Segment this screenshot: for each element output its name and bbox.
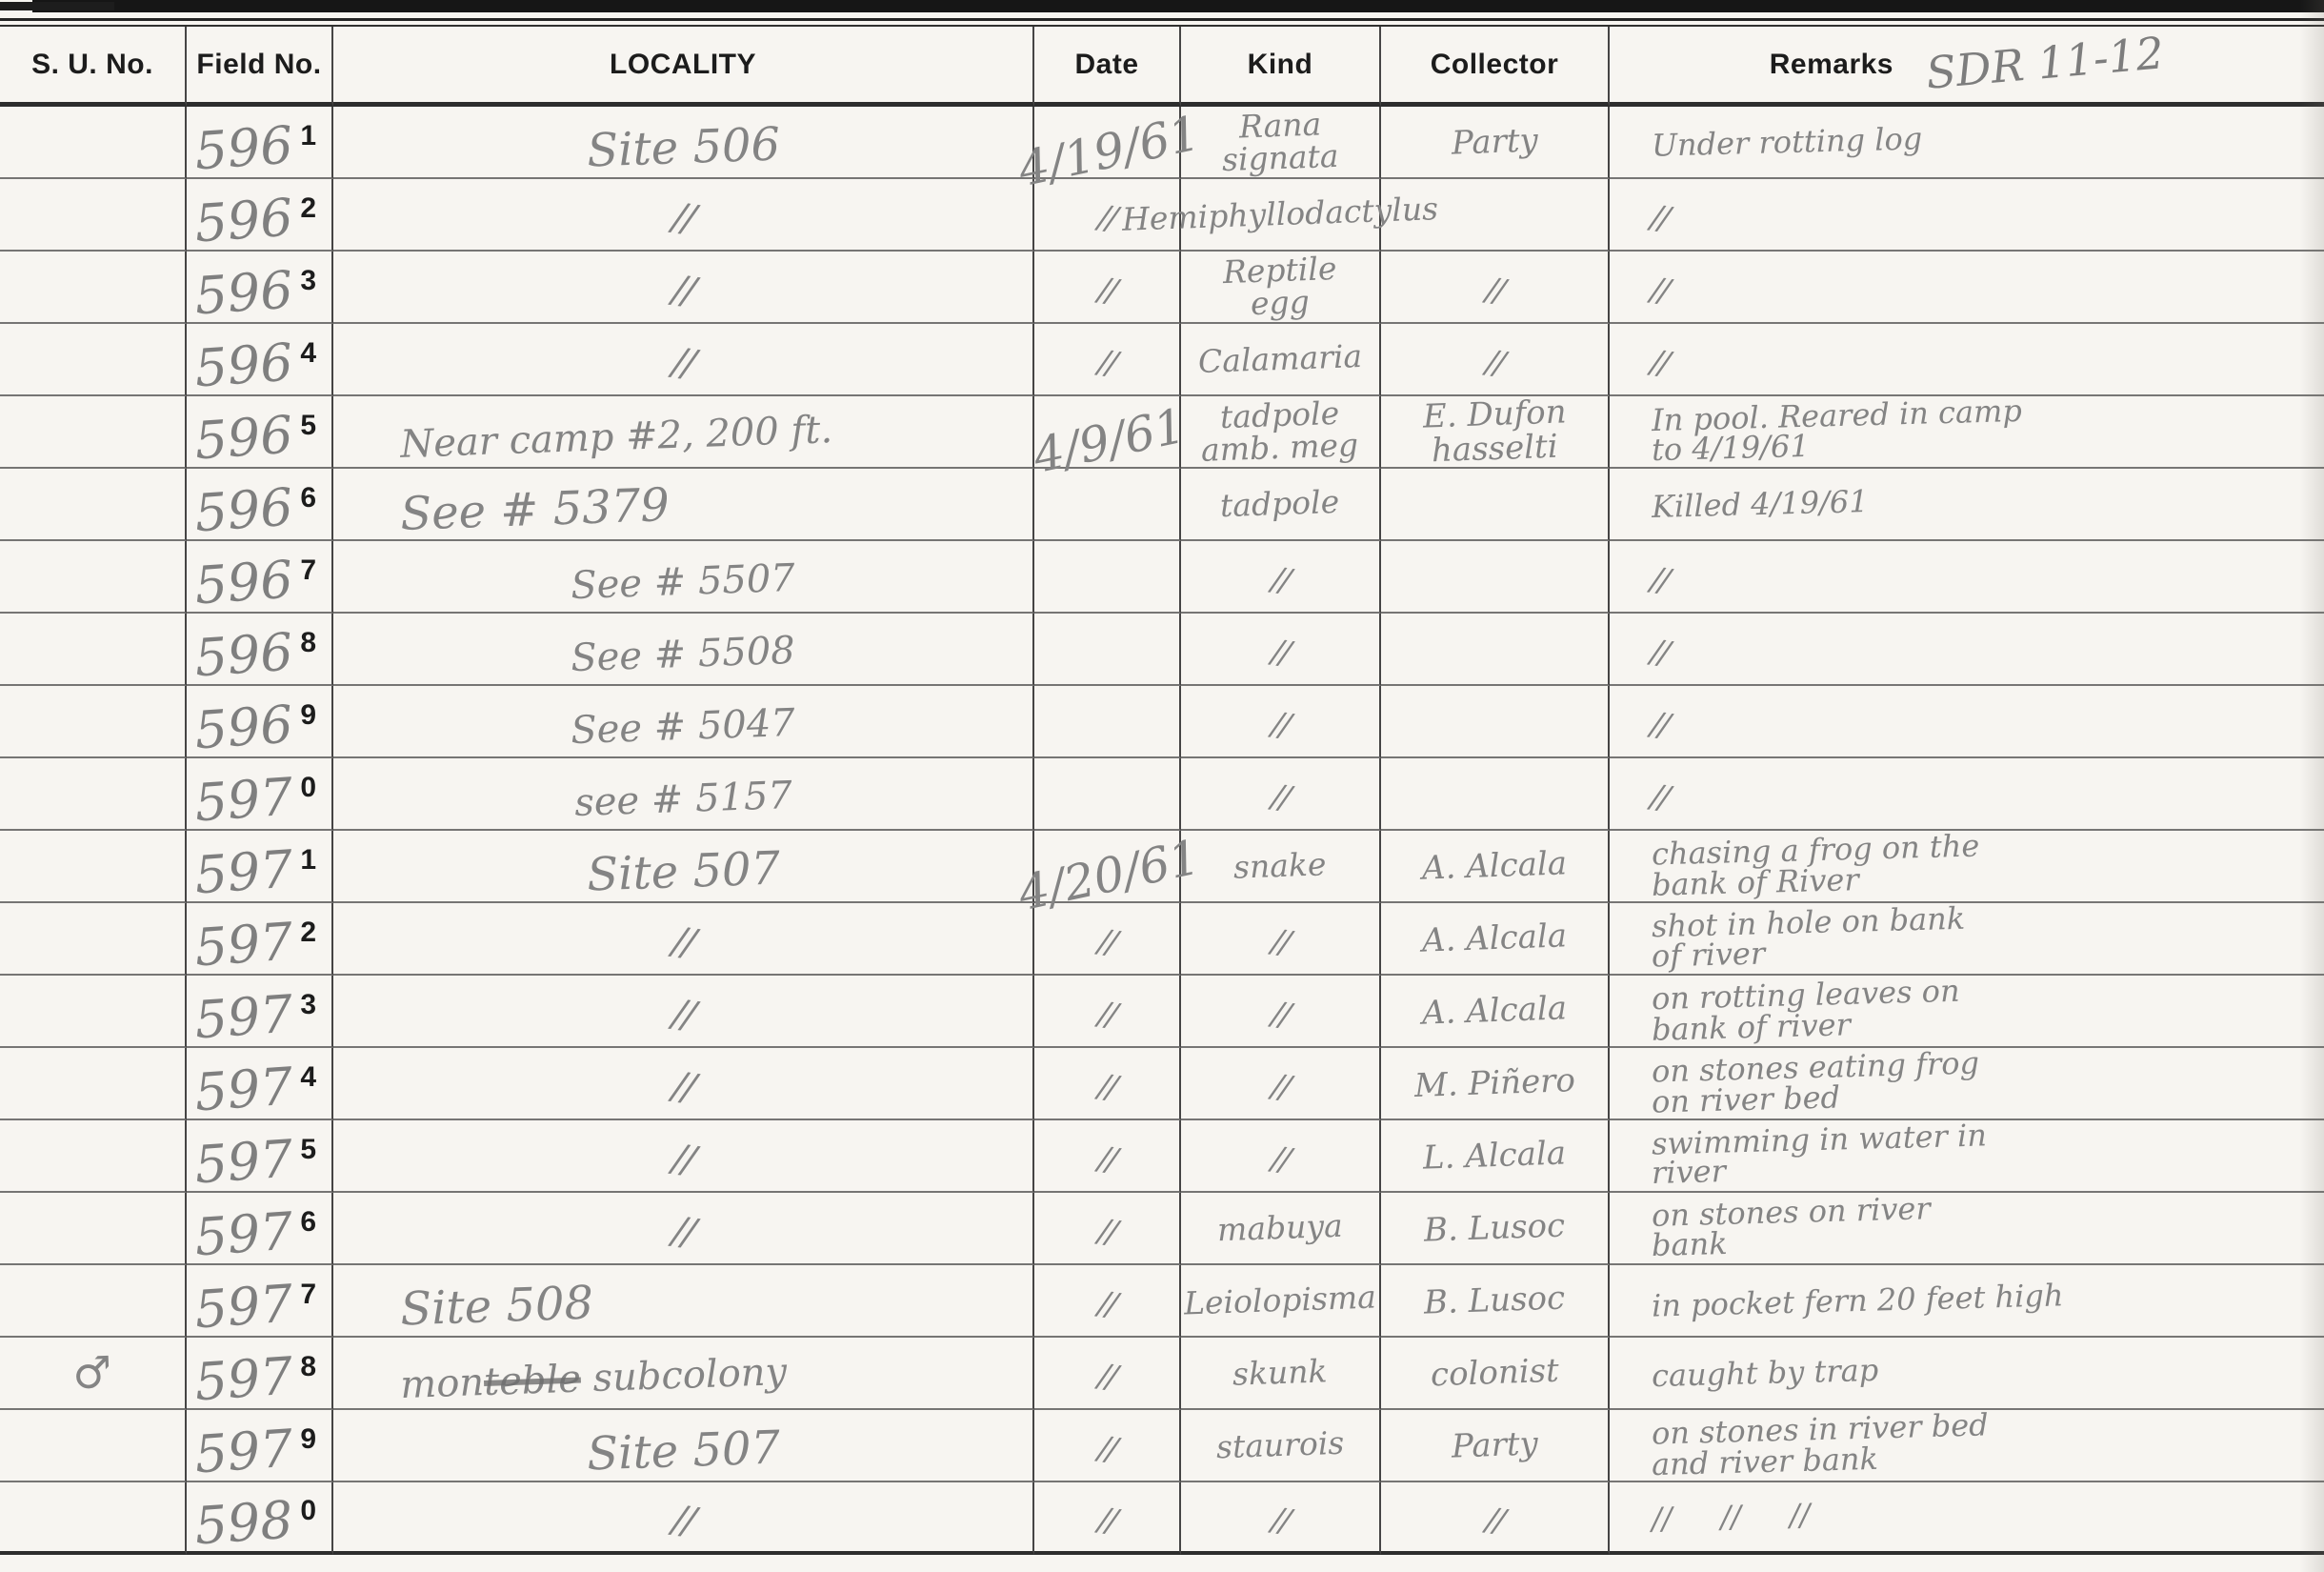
column-header-label: Collector bbox=[1431, 49, 1559, 81]
cell-remarks: // bbox=[1610, 686, 2324, 758]
kind-text: // bbox=[1270, 1142, 1290, 1177]
date-text: // bbox=[1095, 198, 1116, 238]
cell-kind: // bbox=[1181, 686, 1381, 758]
cell-remarks: // bbox=[1610, 541, 2324, 614]
collector-text: // bbox=[1484, 1502, 1505, 1539]
cell-kind: // bbox=[1181, 541, 1381, 614]
date-text: // bbox=[1095, 1284, 1116, 1324]
cell-locality: // bbox=[333, 1193, 1034, 1265]
locality-part: subcolony bbox=[580, 1350, 788, 1401]
column-header-label: Kind bbox=[1248, 49, 1313, 81]
cell-su-no bbox=[0, 614, 187, 686]
field-no-printed-digit: 2 bbox=[300, 192, 316, 225]
cell-date: 4/19/61 bbox=[1034, 107, 1181, 179]
kind-text: snake bbox=[1233, 848, 1328, 883]
collector-text: B. Lusoc bbox=[1423, 1280, 1565, 1320]
field-no-printed-digit: 5 bbox=[300, 1134, 316, 1166]
date-text: // bbox=[1095, 271, 1116, 311]
field-no-printed-digit: 0 bbox=[300, 1495, 316, 1527]
kind-text: // bbox=[1270, 563, 1290, 597]
cell-locality: Site 507 bbox=[333, 831, 1034, 903]
collector-text: hasselti bbox=[1431, 430, 1558, 469]
remarks-text: // bbox=[1649, 708, 1669, 742]
kind-text: Leiolopisma bbox=[1184, 1280, 1377, 1320]
field-no-printed-digit: 3 bbox=[300, 265, 316, 297]
kind-text: skunk bbox=[1232, 1355, 1329, 1390]
field-no-printed-digit: 0 bbox=[300, 772, 316, 804]
remarks-text: // bbox=[1649, 780, 1669, 815]
remarks-text: to 4/19/61 bbox=[1652, 430, 1810, 466]
collector-text: Party bbox=[1451, 123, 1538, 160]
remarks-text: caught by trap bbox=[1652, 1354, 1879, 1392]
cell-su-no bbox=[0, 1410, 187, 1482]
cell-kind: // bbox=[1181, 1048, 1381, 1120]
column-header-field-no: Field No. bbox=[187, 27, 333, 107]
cell-date bbox=[1034, 686, 1181, 758]
cell-remarks: Killed 4/19/61 bbox=[1610, 469, 2324, 541]
cell-kind: mabuya bbox=[1181, 1193, 1381, 1265]
cell-su-no bbox=[0, 686, 187, 758]
date-text: // bbox=[1095, 1212, 1116, 1252]
collector-text: // bbox=[1484, 272, 1505, 309]
locality-text: // bbox=[670, 195, 695, 241]
kind-text: // bbox=[1270, 780, 1290, 815]
remarks-text: // bbox=[1649, 201, 1669, 235]
cell-remarks: // bbox=[1610, 614, 2324, 686]
locality-text: See # 5379 bbox=[399, 478, 670, 541]
locality-text: Site 506 bbox=[586, 117, 781, 177]
cell-date: // bbox=[1034, 1265, 1181, 1338]
cell-field-no: 5975 bbox=[187, 1120, 333, 1193]
remarks-text: Killed 4/19/61 bbox=[1652, 485, 1869, 523]
kind-text: tadpole bbox=[1220, 486, 1340, 522]
cell-field-no: 5976 bbox=[187, 1193, 333, 1265]
cell-locality: See # 5379 bbox=[333, 469, 1034, 541]
locality-text: see # 5157 bbox=[573, 774, 792, 825]
cell-kind: // bbox=[1181, 1482, 1381, 1555]
column-header-label: S. U. No. bbox=[31, 49, 153, 81]
field-no-printed-digit: 4 bbox=[300, 337, 316, 370]
cell-field-no: 5969 bbox=[187, 686, 333, 758]
cell-field-no: 5964 bbox=[187, 324, 333, 396]
cell-su-no bbox=[0, 1048, 187, 1120]
cell-remarks: in pocket fern 20 feet high bbox=[1610, 1265, 2324, 1338]
cell-remarks: chasing a frog on thebank of River bbox=[1610, 831, 2324, 903]
cell-field-no: 5968 bbox=[187, 614, 333, 686]
cell-locality: // bbox=[333, 903, 1034, 976]
collector-text: // bbox=[1484, 345, 1505, 381]
field-no-handwritten: 597 bbox=[193, 1345, 295, 1412]
cell-field-no: 5966 bbox=[187, 469, 333, 541]
cell-remarks: // bbox=[1610, 324, 2324, 396]
kind-text: egg bbox=[1251, 286, 1311, 320]
date-text: // bbox=[1095, 1067, 1116, 1107]
field-no-handwritten: 596 bbox=[193, 259, 295, 326]
locality-text: Site 508 bbox=[399, 1276, 594, 1336]
locality-text: Site 507 bbox=[586, 841, 781, 901]
cell-su-no bbox=[0, 1193, 187, 1265]
cell-field-no: 5978 bbox=[187, 1338, 333, 1410]
field-no-printed-digit: 3 bbox=[300, 989, 316, 1021]
column-header-collector: Collector bbox=[1381, 27, 1610, 107]
cell-su-no: ♂ bbox=[0, 1338, 187, 1410]
cell-date: 4/9/61 bbox=[1034, 396, 1181, 469]
collector-text: colonist bbox=[1430, 1354, 1559, 1393]
locality-text: monteble subcolony bbox=[400, 1350, 788, 1407]
column-header-label: LOCALITY bbox=[610, 49, 756, 81]
field-no-handwritten: 597 bbox=[193, 1418, 295, 1484]
kind-text: mabuya bbox=[1217, 1210, 1344, 1247]
field-no-handwritten: 597 bbox=[193, 1128, 295, 1195]
locality-text: // bbox=[670, 1209, 695, 1255]
cell-collector: M. Piñero bbox=[1381, 1048, 1610, 1120]
cell-kind: Reptileegg bbox=[1181, 252, 1381, 324]
cell-collector: B. Lusoc bbox=[1381, 1193, 1610, 1265]
field-no-handwritten: 596 bbox=[193, 549, 295, 615]
locality-text: Site 507 bbox=[586, 1421, 781, 1481]
cell-field-no: 5971 bbox=[187, 831, 333, 903]
remarks-text: // // // bbox=[1652, 1499, 1811, 1535]
cell-locality: see # 5157 bbox=[333, 758, 1034, 831]
cell-kind: // bbox=[1181, 903, 1381, 976]
cell-kind: tadpole bbox=[1181, 469, 1381, 541]
locality-text: // bbox=[670, 919, 695, 965]
cell-locality: // bbox=[333, 179, 1034, 252]
cell-field-no: 5970 bbox=[187, 758, 333, 831]
collector-text: A. Alcala bbox=[1421, 991, 1567, 1030]
field-no-handwritten: 597 bbox=[193, 1200, 295, 1267]
cell-collector bbox=[1381, 469, 1610, 541]
field-no-printed-digit: 9 bbox=[300, 1423, 316, 1456]
field-no-printed-digit: 7 bbox=[300, 554, 316, 587]
locality-text: See # 5047 bbox=[571, 701, 796, 753]
kind-text: staurois bbox=[1215, 1427, 1344, 1464]
column-header-date: Date bbox=[1034, 27, 1181, 107]
collector-text: B. Lusoc bbox=[1423, 1208, 1565, 1247]
kind-text: signata bbox=[1221, 140, 1339, 176]
cell-date: // bbox=[1034, 1410, 1181, 1482]
cell-collector bbox=[1381, 686, 1610, 758]
remarks-text: bank of River bbox=[1652, 863, 1859, 901]
locality-text: // bbox=[670, 268, 695, 313]
cell-kind: // bbox=[1181, 976, 1381, 1048]
cell-field-no: 5962 bbox=[187, 179, 333, 252]
cell-remarks: on rotting leaves onbank of river bbox=[1610, 976, 2324, 1048]
date-text: // bbox=[1095, 995, 1116, 1035]
cell-su-no bbox=[0, 179, 187, 252]
locality-text: // bbox=[670, 1064, 695, 1110]
cell-locality: Site 506 bbox=[333, 107, 1034, 179]
cell-locality: Near camp #2, 200 ft. bbox=[333, 396, 1034, 469]
cell-locality: // bbox=[333, 1048, 1034, 1120]
column-header-label: Date bbox=[1074, 49, 1138, 81]
cell-collector: B. Lusoc bbox=[1381, 1265, 1610, 1338]
cell-date: 4/20/61 bbox=[1034, 831, 1181, 903]
cell-field-no: 5961 bbox=[187, 107, 333, 179]
cell-date bbox=[1034, 614, 1181, 686]
cell-collector: Party bbox=[1381, 107, 1610, 179]
cell-field-no: 5973 bbox=[187, 976, 333, 1048]
collector-text: L. Alcala bbox=[1422, 1136, 1566, 1175]
cell-remarks: caught by trap bbox=[1610, 1338, 2324, 1410]
scan-top-edge bbox=[32, 0, 2324, 12]
field-no-handwritten: 597 bbox=[193, 1056, 295, 1122]
remarks-text: in pocket fern 20 feet high bbox=[1652, 1279, 2064, 1321]
remarks-text: bank of river bbox=[1652, 1008, 1852, 1045]
field-no-printed-digit: 7 bbox=[300, 1279, 316, 1311]
cell-collector: // bbox=[1381, 252, 1610, 324]
cell-field-no: 5977 bbox=[187, 1265, 333, 1338]
remarks-text: // bbox=[1649, 346, 1669, 380]
cell-remarks: Under rotting log bbox=[1610, 107, 2324, 179]
collector-text: Party bbox=[1451, 1426, 1538, 1463]
locality-text: // bbox=[670, 340, 695, 386]
field-no-handwritten: 596 bbox=[193, 187, 295, 253]
cell-kind: Ranasignata bbox=[1181, 107, 1381, 179]
cell-remarks: on stones eating frogon river bed bbox=[1610, 1048, 2324, 1120]
cell-locality: Site 507 bbox=[333, 1410, 1034, 1482]
kind-text: amb. meg bbox=[1201, 429, 1359, 467]
cell-locality: See # 5507 bbox=[333, 541, 1034, 614]
field-no-handwritten: 596 bbox=[193, 694, 295, 760]
cell-locality: // bbox=[333, 324, 1034, 396]
cell-su-no bbox=[0, 758, 187, 831]
field-no-handwritten: 596 bbox=[193, 114, 295, 181]
cell-su-no bbox=[0, 324, 187, 396]
specimen-table: S. U. No. Field No. LOCALITY Date Kind C… bbox=[0, 27, 2324, 1555]
cell-kind: Calamaria bbox=[1181, 324, 1381, 396]
cell-field-no: 5972 bbox=[187, 903, 333, 976]
locality-text: Near camp #2, 200 ft. bbox=[400, 408, 833, 467]
cell-su-no bbox=[0, 1120, 187, 1193]
cell-date: // bbox=[1034, 976, 1181, 1048]
cell-locality: See # 5047 bbox=[333, 686, 1034, 758]
cell-field-no: 5965 bbox=[187, 396, 333, 469]
kind-text: // bbox=[1270, 1503, 1290, 1538]
date-text: // bbox=[1095, 922, 1116, 962]
remarks-text: // bbox=[1649, 635, 1669, 670]
remarks-text: // bbox=[1649, 563, 1669, 597]
cell-date bbox=[1034, 758, 1181, 831]
column-header-locality: LOCALITY bbox=[333, 27, 1034, 107]
cell-collector: L. Alcala bbox=[1381, 1120, 1610, 1193]
cell-field-no: 5980 bbox=[187, 1482, 333, 1555]
cell-collector bbox=[1381, 614, 1610, 686]
cell-collector: A. Alcala bbox=[1381, 903, 1610, 976]
cell-remarks: // bbox=[1610, 252, 2324, 324]
cell-locality: // bbox=[333, 976, 1034, 1048]
cell-collector: A. Alcala bbox=[1381, 976, 1610, 1048]
cell-su-no bbox=[0, 1265, 187, 1338]
kind-text: // bbox=[1270, 998, 1290, 1032]
cell-collector: // bbox=[1381, 324, 1610, 396]
cell-collector: // bbox=[1381, 1482, 1610, 1555]
cell-kind: skunk bbox=[1181, 1338, 1381, 1410]
locality-text: // bbox=[670, 1498, 695, 1543]
cell-field-no: 5974 bbox=[187, 1048, 333, 1120]
cell-date: // bbox=[1034, 324, 1181, 396]
cell-date: // bbox=[1034, 1482, 1181, 1555]
cell-su-no bbox=[0, 541, 187, 614]
field-no-printed-digit: 1 bbox=[300, 120, 316, 152]
ledger-page: S. U. No. Field No. LOCALITY Date Kind C… bbox=[0, 0, 2324, 1572]
remarks-text: river bbox=[1652, 1155, 1727, 1189]
cell-remarks: // // // bbox=[1610, 1482, 2324, 1555]
cell-kind: // bbox=[1181, 758, 1381, 831]
field-no-handwritten: 597 bbox=[193, 983, 295, 1050]
locality-part: mon bbox=[400, 1360, 485, 1407]
date-text: // bbox=[1095, 1429, 1116, 1469]
locality-text: See # 5508 bbox=[571, 629, 796, 680]
cell-su-no bbox=[0, 976, 187, 1048]
remarks-text: // bbox=[1649, 273, 1669, 308]
cell-remarks: on stones on riverbank bbox=[1610, 1193, 2324, 1265]
field-no-handwritten: 597 bbox=[193, 838, 295, 905]
cell-su-no bbox=[0, 107, 187, 179]
date-text: // bbox=[1095, 1357, 1116, 1397]
cell-su-no bbox=[0, 396, 187, 469]
cell-kind: Hemiphyllodactylus bbox=[1181, 179, 1381, 252]
field-no-handwritten: 596 bbox=[193, 621, 295, 688]
collector-text: M. Piñero bbox=[1413, 1063, 1575, 1103]
date-text: // bbox=[1095, 1501, 1116, 1541]
cell-date: // bbox=[1034, 1338, 1181, 1410]
cell-date: // bbox=[1034, 252, 1181, 324]
column-header-remarks: Remarks SDR 11-12 bbox=[1610, 27, 2324, 107]
top-double-rule bbox=[0, 18, 2324, 27]
field-no-handwritten: 597 bbox=[193, 766, 295, 833]
cell-field-no: 5979 bbox=[187, 1410, 333, 1482]
kind-text: // bbox=[1270, 925, 1290, 959]
field-no-handwritten: 598 bbox=[193, 1489, 295, 1556]
cell-locality: // bbox=[333, 1120, 1034, 1193]
cell-collector: Party bbox=[1381, 1410, 1610, 1482]
cell-su-no bbox=[0, 252, 187, 324]
su-no-mark: ♂ bbox=[71, 1346, 112, 1399]
cell-su-no bbox=[0, 1482, 187, 1555]
cell-locality: // bbox=[333, 252, 1034, 324]
collector-text: A. Alcala bbox=[1421, 846, 1567, 885]
cell-kind: tadpoleamb. meg bbox=[1181, 396, 1381, 469]
column-header-su-no: S. U. No. bbox=[0, 27, 187, 107]
collector-text: A. Alcala bbox=[1421, 918, 1567, 957]
remarks-text: on river bed bbox=[1652, 1080, 1841, 1118]
locality-text: // bbox=[670, 992, 695, 1038]
field-no-handwritten: 597 bbox=[193, 911, 295, 977]
cell-remarks: // bbox=[1610, 758, 2324, 831]
column-header-label: Remarks bbox=[1770, 49, 1893, 81]
cell-collector bbox=[1381, 758, 1610, 831]
locality-text: // bbox=[670, 1137, 695, 1182]
cell-remarks: In pool. Reared in campto 4/19/61 bbox=[1610, 396, 2324, 469]
remarks-annotation: SDR 11-12 bbox=[1924, 27, 2166, 99]
field-no-handwritten: 596 bbox=[193, 476, 295, 543]
field-no-printed-digit: 8 bbox=[300, 1351, 316, 1383]
cell-locality: // bbox=[333, 1482, 1034, 1555]
field-no-handwritten: 596 bbox=[193, 404, 295, 471]
locality-struck-text: teble bbox=[483, 1357, 581, 1404]
cell-su-no bbox=[0, 469, 187, 541]
cell-su-no bbox=[0, 903, 187, 976]
field-no-handwritten: 597 bbox=[193, 1273, 295, 1340]
cell-kind: Leiolopisma bbox=[1181, 1265, 1381, 1338]
cell-kind: // bbox=[1181, 614, 1381, 686]
column-header-label: Field No. bbox=[196, 49, 321, 81]
scan-top-edge-fragment bbox=[0, 2, 114, 10]
cell-date: // bbox=[1034, 1120, 1181, 1193]
cell-collector: E. Dufonhasselti bbox=[1381, 396, 1610, 469]
column-header-kind: Kind bbox=[1181, 27, 1381, 107]
cell-collector: colonist bbox=[1381, 1338, 1610, 1410]
remarks-text: Under rotting log bbox=[1652, 122, 1923, 161]
cell-collector bbox=[1381, 179, 1610, 252]
cell-remarks: on stones in river bedand river bank bbox=[1610, 1410, 2324, 1482]
field-no-printed-digit: 9 bbox=[300, 699, 316, 732]
cell-kind: // bbox=[1181, 1120, 1381, 1193]
cell-date: // bbox=[1034, 1193, 1181, 1265]
cell-field-no: 5967 bbox=[187, 541, 333, 614]
field-no-printed-digit: 5 bbox=[300, 410, 316, 442]
field-no-printed-digit: 6 bbox=[300, 1206, 316, 1239]
cell-collector bbox=[1381, 541, 1610, 614]
cell-locality: monteble subcolony bbox=[333, 1338, 1034, 1410]
remarks-text: of river bbox=[1652, 937, 1766, 972]
cell-field-no: 5963 bbox=[187, 252, 333, 324]
cell-locality: Site 508 bbox=[333, 1265, 1034, 1338]
remarks-text: and river bank bbox=[1652, 1442, 1879, 1481]
remarks-text: bank bbox=[1652, 1227, 1728, 1261]
cell-collector: A. Alcala bbox=[1381, 831, 1610, 903]
cell-kind: snake bbox=[1181, 831, 1381, 903]
cell-kind: staurois bbox=[1181, 1410, 1381, 1482]
date-text: // bbox=[1095, 1139, 1116, 1179]
field-no-printed-digit: 6 bbox=[300, 482, 316, 514]
cell-date: // bbox=[1034, 1048, 1181, 1120]
field-no-printed-digit: 1 bbox=[300, 844, 316, 877]
field-no-printed-digit: 4 bbox=[300, 1061, 316, 1094]
cell-remarks: shot in hole on bankof river bbox=[1610, 903, 2324, 976]
kind-text: // bbox=[1270, 1070, 1290, 1104]
kind-text: // bbox=[1270, 708, 1290, 742]
kind-text: // bbox=[1270, 635, 1290, 670]
field-no-printed-digit: 2 bbox=[300, 917, 316, 949]
date-text: // bbox=[1095, 343, 1116, 383]
field-no-printed-digit: 8 bbox=[300, 627, 316, 659]
cell-su-no bbox=[0, 831, 187, 903]
cell-remarks: swimming in water inriver bbox=[1610, 1120, 2324, 1193]
field-no-handwritten: 596 bbox=[193, 332, 295, 398]
cell-remarks: // bbox=[1610, 179, 2324, 252]
kind-text: Calamaria bbox=[1197, 340, 1362, 378]
cell-date bbox=[1034, 541, 1181, 614]
locality-text: See # 5507 bbox=[571, 556, 796, 608]
cell-locality: See # 5508 bbox=[333, 614, 1034, 686]
